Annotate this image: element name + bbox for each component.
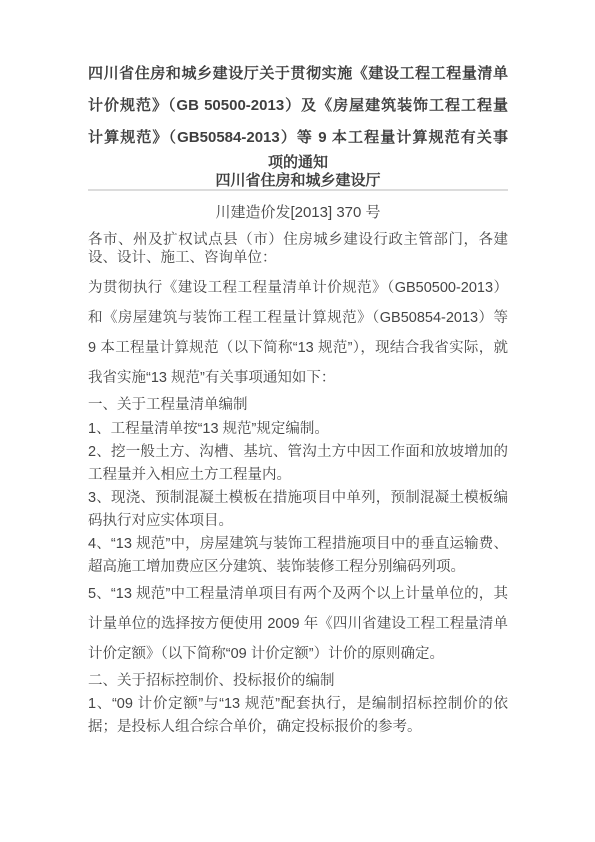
- paragraph-intro: 为贯彻执行《建设工程工程量清单计价规范》（GB50500-2013）和《房屋建筑…: [88, 273, 508, 393]
- document-title-line-1: 四川省住房和城乡建设厅关于贯彻实施《建设工程工程量清单: [88, 58, 508, 90]
- paragraph-item-2-1: 1、“09 计价定额”与“13 规范”配套执行，是编制招标控制价的依据；是投标人…: [88, 693, 508, 739]
- paragraph-item-1-5: 5、“13 规范”中工程量清单项目有两个及两个以上计量单位的，其计量单位的选择按…: [88, 579, 508, 669]
- section-heading-2: 二、关于招标控制价、投标报价的编制: [88, 669, 508, 693]
- document-title: 四川省住房和城乡建设厅关于贯彻实施《建设工程工程量清单 计价规范》（GB 505…: [88, 58, 508, 189]
- document-issuer: 四川省住房和城乡建设厅: [88, 172, 508, 189]
- title-divider: [88, 189, 508, 191]
- document-page: 四川省住房和城乡建设厅关于贯彻实施《建设工程工程量清单 计价规范》（GB 505…: [0, 0, 595, 842]
- document-number: 川建造价发[2013] 370 号: [88, 203, 508, 223]
- document-title-line-2: 计价规范》（GB 50500-2013）及《房屋建筑装饰工程工程量: [88, 90, 508, 122]
- paragraph-item-1-4: 4、“13 规范”中，房屋建筑与装饰工程措施项目中的垂直运输费、超高施工增加费应…: [88, 533, 508, 579]
- salutation: 各市、州及扩权试点县（市）住房城乡建设行政主管部门，各建设、设计、施工、咨询单位…: [88, 231, 508, 267]
- paragraph-item-1-3: 3、现浇、预制混凝土模板在措施项目中单列，预制混凝土模板编码执行对应实体项目。: [88, 487, 508, 533]
- document-title-line-4: 项的通知: [88, 154, 508, 172]
- section-heading-1: 一、关于工程量清单编制: [88, 393, 508, 417]
- paragraph-item-1-1: 1、工程量清单按“13 规范”规定编制。: [88, 417, 508, 441]
- paragraph-item-1-2: 2、挖一般土方、沟槽、基坑、管沟土方中因工作面和放坡增加的工程量并入相应土方工程…: [88, 441, 508, 487]
- document-title-line-3: 计算规范》（GB50584-2013）等 9 本工程量计算规范有关事: [88, 122, 508, 154]
